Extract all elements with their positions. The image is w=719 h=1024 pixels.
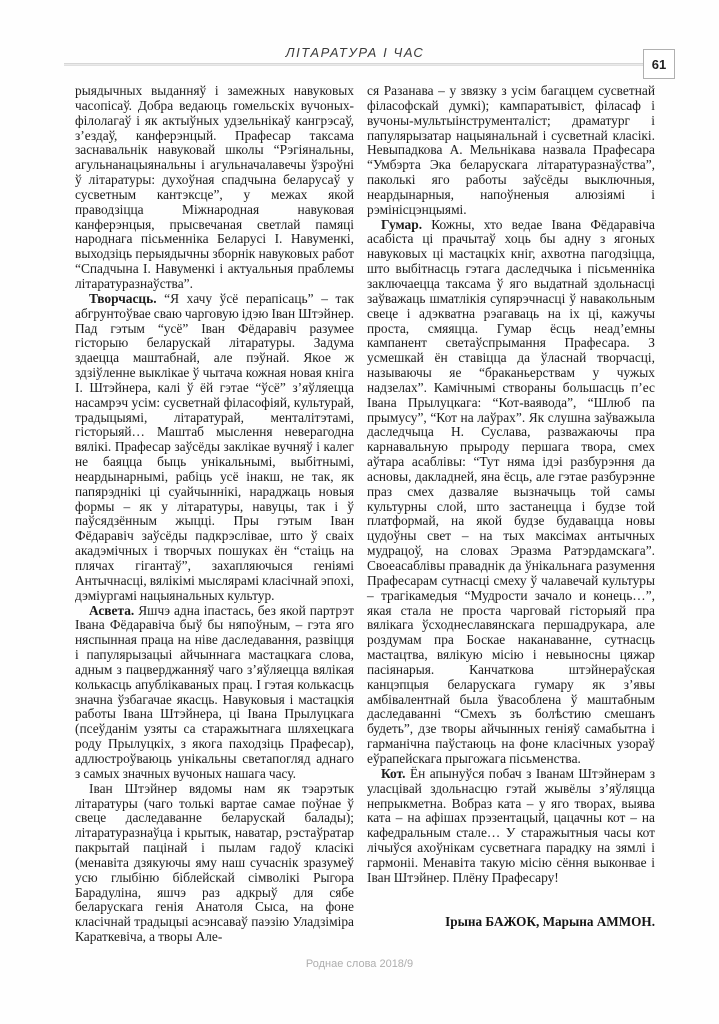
paragraph-lead: Кот. <box>381 766 410 781</box>
journal-page: ЛІТАРАТУРА І ЧАС 61 рыядычных выданняў і… <box>0 0 719 1024</box>
header-rule <box>64 63 646 66</box>
paragraph-lead: Гумар. <box>381 217 431 232</box>
journal-footer: Роднае слова 2018/9 <box>0 958 719 970</box>
paragraph: Асвета. Яшчэ адна іпастась, без якой пар… <box>75 604 354 782</box>
paragraph: Іван Штэйнер вядомы нам як тэарэтык літа… <box>75 782 354 945</box>
paragraph-lead: Асвета. <box>89 603 138 618</box>
paragraph-text: Іван Штэйнер вядомы нам як тэарэтык літа… <box>75 781 354 944</box>
article-body: рыядычных выданняў і замежных навуковых … <box>75 84 655 945</box>
paragraph-lead: Творчасць. <box>89 291 164 306</box>
authors-line: Ірына БАЖОК, Марына АММОН. <box>367 914 655 929</box>
column-left: рыядычных выданняў і замежных навуковых … <box>75 84 354 945</box>
paragraph: рыядычных выданняў і замежных навуковых … <box>75 84 354 292</box>
paragraph-text: “Я хачу ўсё перапісаць” – так абгрунтоўв… <box>75 291 354 603</box>
paragraph-text: Яшчэ адна іпастась, без якой партрэт Іва… <box>75 603 354 781</box>
paragraph-text: Кожны, хто ведае Івана Фёдаравіча асабіс… <box>367 217 655 766</box>
paragraph-text: рыядычных выданняў і замежных навуковых … <box>75 83 354 291</box>
paragraph: Кот. Ён апынуўся побач з Іванам Штэйнера… <box>367 767 655 886</box>
paragraph: ся Разанава – у звязку з усім багаццем с… <box>367 84 655 218</box>
paragraph-text: ся Разанава – у звязку з усім багаццем с… <box>367 83 655 217</box>
paragraph-text: Ён апынуўся побач з Іванам Штэйнерам з у… <box>367 766 655 885</box>
column-right: ся Разанава – у звязку з усім багаццем с… <box>367 84 655 945</box>
page-number-badge: 61 <box>643 49 675 79</box>
page-number: 61 <box>652 57 666 72</box>
paragraph: Гумар. Кожны, хто ведае Івана Фёдаравіча… <box>367 218 655 767</box>
section-title: ЛІТАРАТУРА І ЧАС <box>64 45 646 60</box>
paragraph: Творчасць. “Я хачу ўсё перапісаць” – так… <box>75 292 354 604</box>
